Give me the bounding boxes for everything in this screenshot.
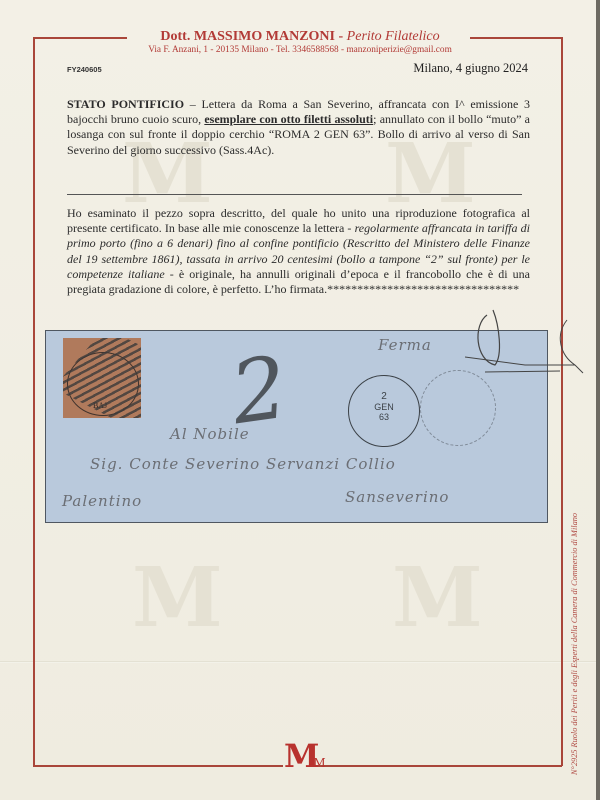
tax-handstamp: 2 xyxy=(226,345,292,438)
description-title: STATO PONTIFICIO xyxy=(67,97,184,111)
letter-top-note: Ferma xyxy=(378,336,432,354)
roma-postmark: 2 GEN 63 xyxy=(348,375,420,447)
address-line: Al Nobile xyxy=(170,425,250,443)
expert-name-line: Dott. MASSIMO MANZONI - Perito Filatelic… xyxy=(0,29,600,45)
registry-note: N°2925 Ruolo dei Periti e degli Esperti … xyxy=(570,513,579,775)
item-description: STATO PONTIFICIO – Lettera da Roma a San… xyxy=(67,97,530,158)
filler-stars: ******************************** xyxy=(327,282,519,296)
expert-name: Dott. MASSIMO MANZONI xyxy=(160,29,335,44)
expert-role: Perito Filatelico xyxy=(347,29,440,44)
certificate-date: Milano, 4 giugno 2024 xyxy=(413,61,528,76)
expert-address: Via F. Anzani, 1 - 20135 Milano - Tel. 3… xyxy=(0,45,600,56)
lozenge-cancel xyxy=(63,338,141,418)
description-highlight: esemplare con otto filetti assoluti xyxy=(204,112,373,126)
footer-monogram: MM xyxy=(284,740,326,772)
expert-signature xyxy=(465,305,585,385)
frame-bottom-right xyxy=(310,765,562,767)
section-divider xyxy=(67,194,522,195)
postage-stamp: BAJ xyxy=(63,338,141,418)
certificate-id: FY240605 xyxy=(67,65,102,74)
paper-fold xyxy=(0,661,596,663)
frame-right xyxy=(561,37,563,766)
frame-bottom-left xyxy=(33,765,283,767)
address-line: Palentino xyxy=(62,492,142,510)
address-line: Sig. Conte Severino Servanzi Collio xyxy=(90,455,396,473)
address-line: Sanseverino xyxy=(345,488,449,506)
scan-edge xyxy=(596,0,600,800)
frame-left xyxy=(33,37,35,766)
letterhead: Dott. MASSIMO MANZONI - Perito Filatelic… xyxy=(0,29,600,56)
expert-opinion: Ho esaminato il pezzo sopra descritto, d… xyxy=(67,206,530,297)
